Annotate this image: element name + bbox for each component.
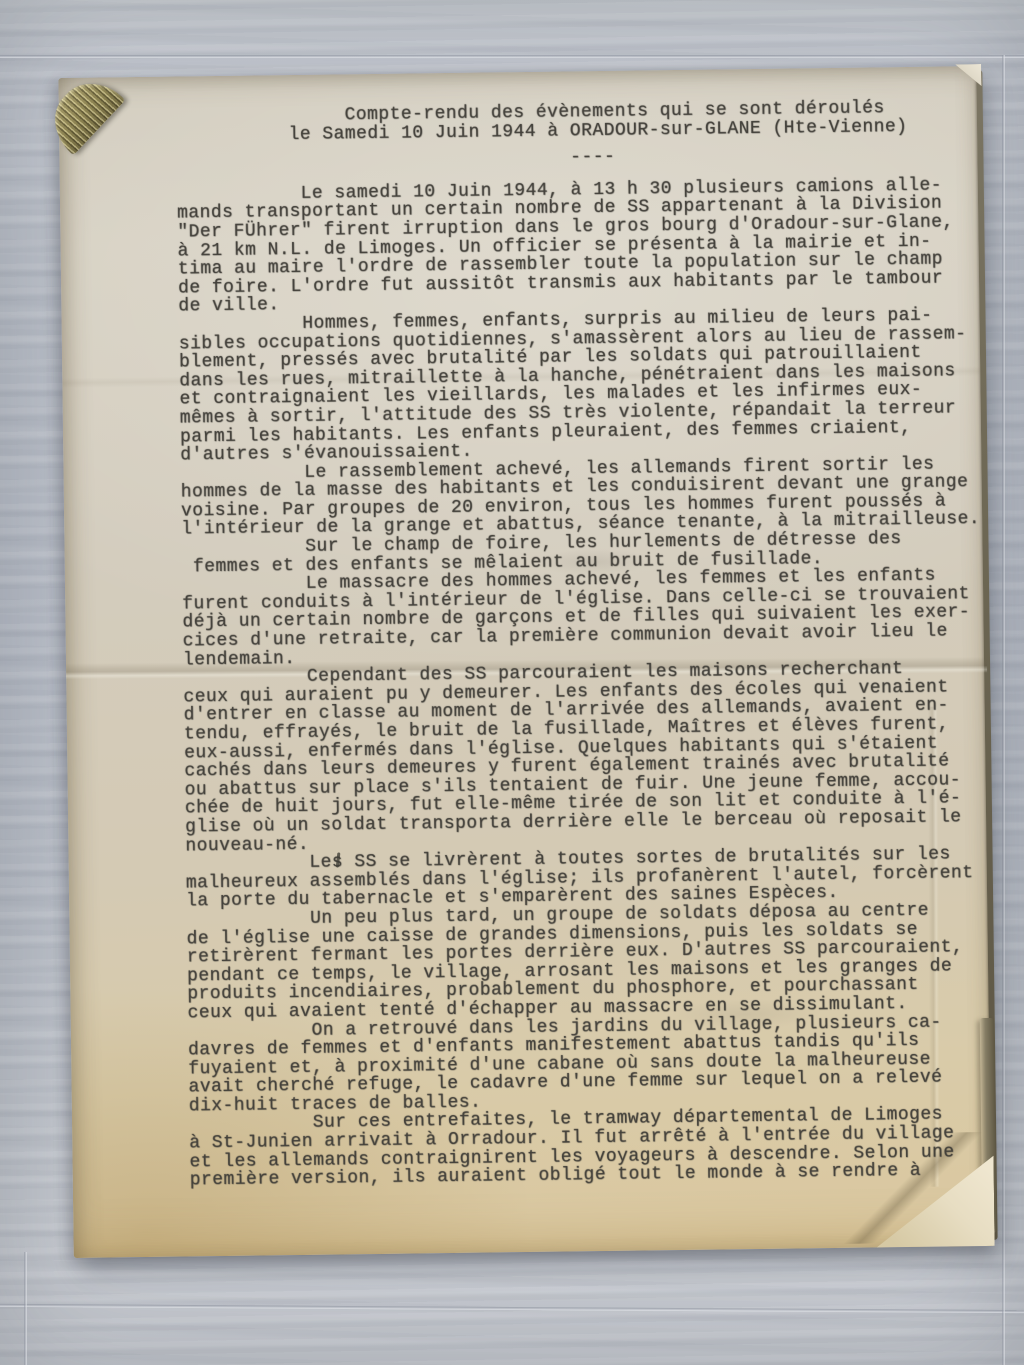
paragraph-2: Hommes, femmes, enfants, surpris au mili… [178,306,980,465]
typewritten-text: Compte-rendu des évènements qui se sont … [176,98,990,1190]
brass-corner-clip [39,68,125,156]
paragraph-3: Le rassemblement achevé, les allemands f… [180,455,981,540]
paragraph-9: On a retrouvé dans les jardins du villag… [188,1012,989,1115]
paragraph-8: Un peu plus tard, un groupe de soldats d… [186,901,987,1023]
floor-tile-seam-bottom [0,1304,1024,1313]
paragraph-6: Cependant des SS parcouraient les maison… [183,659,985,855]
title-divider: ---- [176,143,976,172]
paragraph-1: Le samedi 10 Juin 1944, à 13 h 30 plusie… [177,176,979,317]
photo-of-typed-report: Compte-rendu des évènements qui se sont … [0,0,1024,1365]
paragraph-5: Le massacre des hommes achevé, les femme… [182,566,983,669]
floor-tile-seam-top [0,55,1024,58]
floor-tile-seam-left [24,1252,27,1365]
paragraph-10: Sur ces entrefaites, le tramway départem… [189,1105,990,1190]
floor-tile-seam-right [1002,55,1005,1365]
document-page: Compte-rendu des évènements qui se sont … [58,66,994,1258]
